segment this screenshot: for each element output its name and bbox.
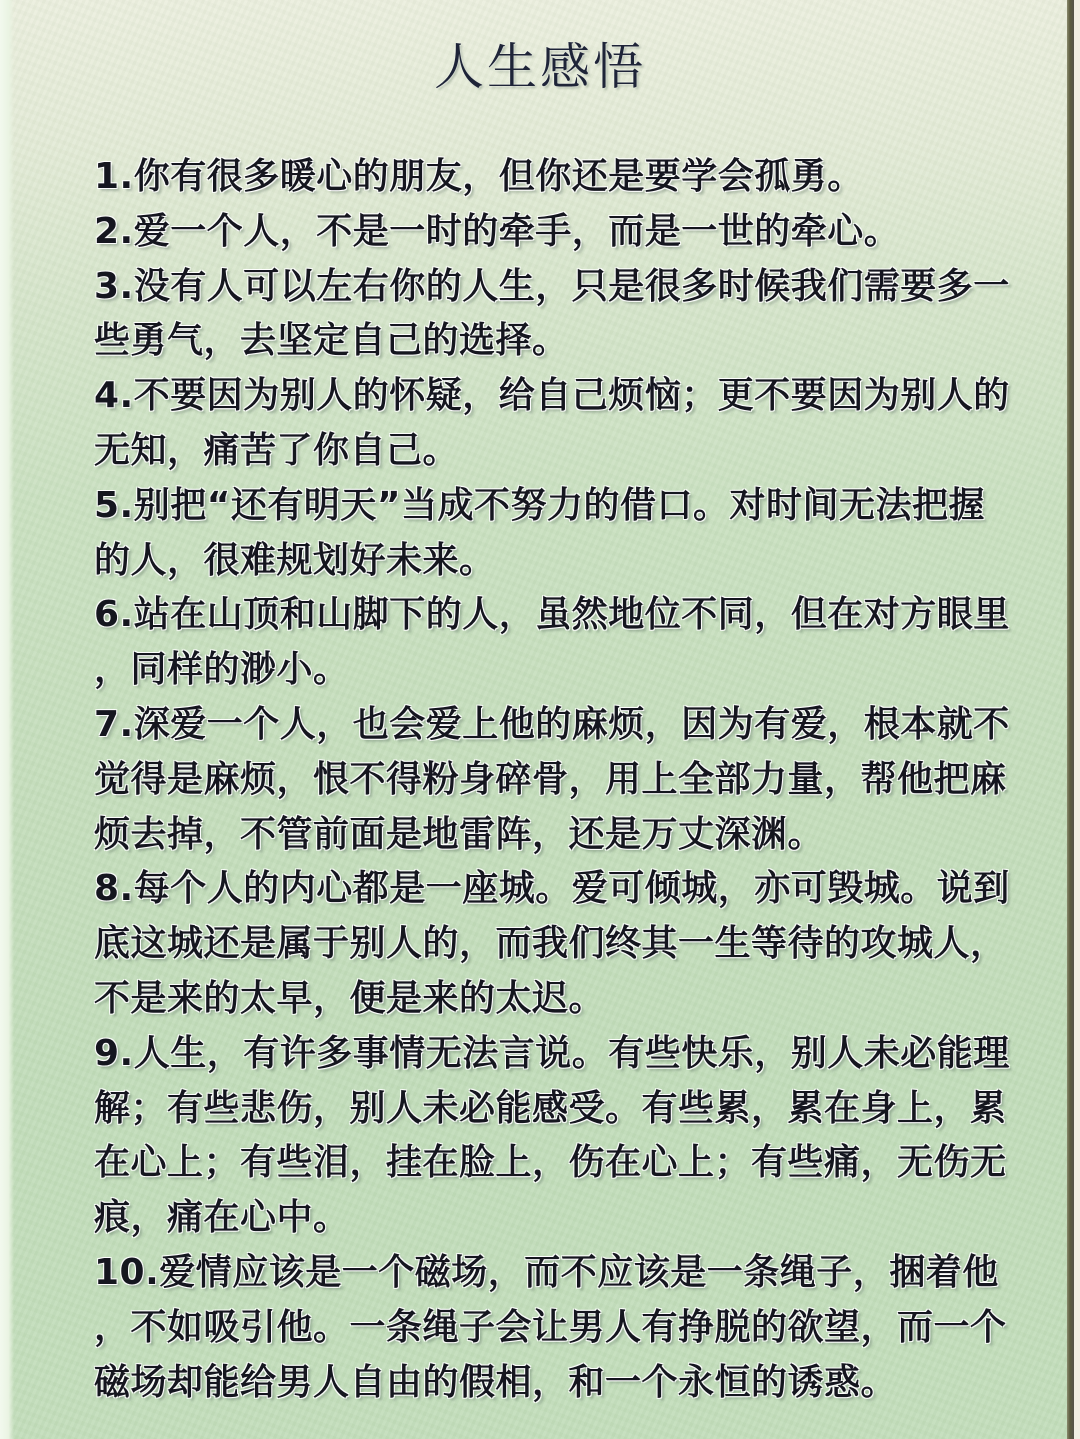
quote-lines: 1.你有很多暖心的朋友，但你还是要学会孤勇。2.爱一个人，不是一时的牵手，而是一… [94, 150, 990, 1410]
text-line: 烦去掉，不管前面是地雷阵，还是万丈深渊。 [94, 808, 990, 863]
text-line: 解；有些悲伤，别人未必能感受。有些累，累在身上，累 [94, 1082, 990, 1137]
text-line: 2.爱一个人，不是一时的牵手，而是一世的牵心。 [94, 205, 990, 260]
text-line: 8.每个人的内心都是一座城。爱可倾城，亦可毁城。说到 [94, 862, 990, 917]
text-line: 无知，痛苦了你自己。 [94, 424, 990, 479]
text-line: ，同样的渺小。 [94, 643, 990, 698]
text-line: 6.站在山顶和山脚下的人，虽然地位不同，但在对方眼里 [94, 588, 990, 643]
text-line: 3.没有人可以左右你的人生，只是很多时候我们需要多一 [94, 260, 990, 315]
text-line: 觉得是麻烦，恨不得粉身碎骨，用上全部力量，帮他把麻 [94, 753, 990, 808]
page-title: 人生感悟 [0, 38, 1080, 96]
text-line: 底这城还是属于别人的，而我们终其一生等待的攻城人， [94, 917, 990, 972]
text-line: 1.你有很多暖心的朋友，但你还是要学会孤勇。 [94, 150, 990, 205]
quote-page: 人生感悟 1.你有很多暖心的朋友，但你还是要学会孤勇。2.爱一个人，不是一时的牵… [0, 0, 1080, 1439]
left-page-edge [0, 0, 14, 1439]
text-line: 痕，痛在心中。 [94, 1191, 990, 1246]
text-line: 不是来的太早，便是来的太迟。 [94, 972, 990, 1027]
text-line: 的人，很难规划好未来。 [94, 534, 990, 589]
text-line: 5.别把“还有明天”当成不努力的借口。对时间无法把握 [94, 479, 990, 534]
text-line: ，不如吸引他。一条绳子会让男人有挣脱的欲望，而一个 [94, 1301, 990, 1356]
text-line: 10.爱情应该是一个磁场，而不应该是一条绳子，捆着他 [94, 1246, 990, 1301]
text-line: 4.不要因为别人的怀疑，给自己烦恼；更不要因为别人的 [94, 369, 990, 424]
text-line: 在心上；有些泪，挂在脸上，伤在心上；有些痛，无伤无 [94, 1136, 990, 1191]
right-page-edge-outer [1074, 0, 1080, 1439]
text-line: 磁场却能给男人自由的假相，和一个永恒的诱惑。 [94, 1356, 990, 1411]
text-line: 9.人生，有许多事情无法言说。有些快乐，别人未必能理 [94, 1027, 990, 1082]
text-line: 些勇气，去坚定自己的选择。 [94, 314, 990, 369]
right-page-edge-line [1067, 0, 1074, 1439]
text-line: 7.深爱一个人，也会爱上他的麻烦，因为有爱，根本就不 [94, 698, 990, 753]
